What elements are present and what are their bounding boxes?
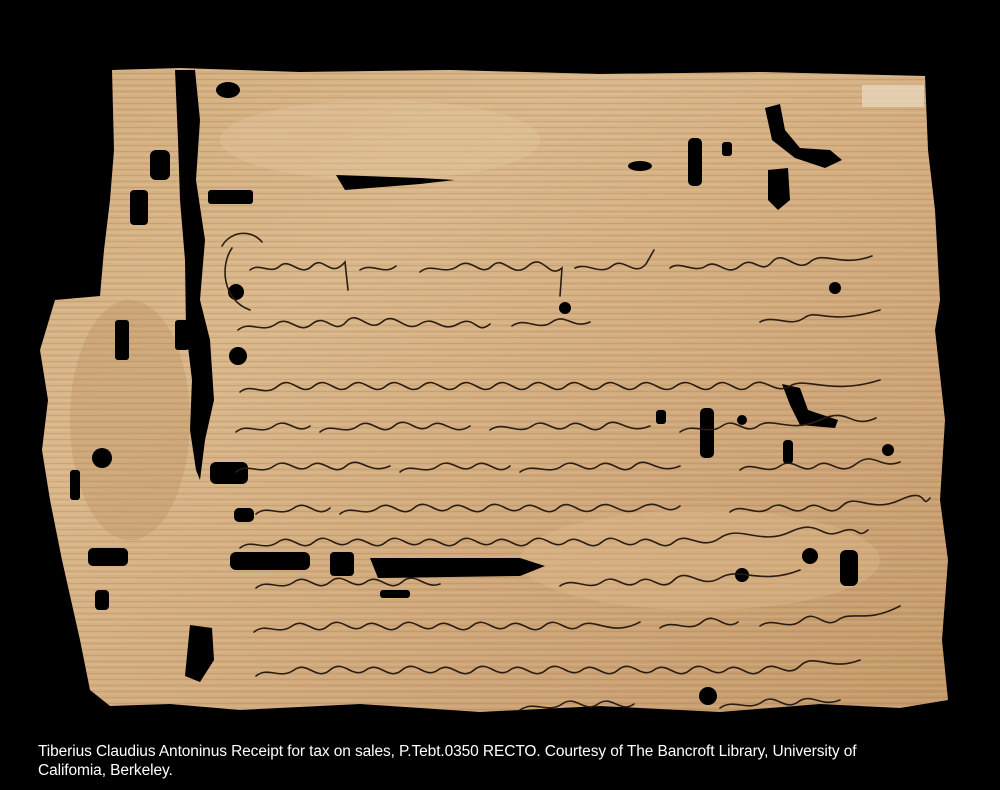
caption-line-1: Tiberius Claudius Antoninus Receipt for …: [38, 742, 968, 761]
papyrus-image: [0, 0, 1000, 730]
image-caption: Tiberius Claudius Antoninus Receipt for …: [38, 742, 968, 780]
caption-line-2: Califomia, Berkeley.: [38, 761, 968, 780]
papyrus-photograph: [0, 0, 1000, 730]
